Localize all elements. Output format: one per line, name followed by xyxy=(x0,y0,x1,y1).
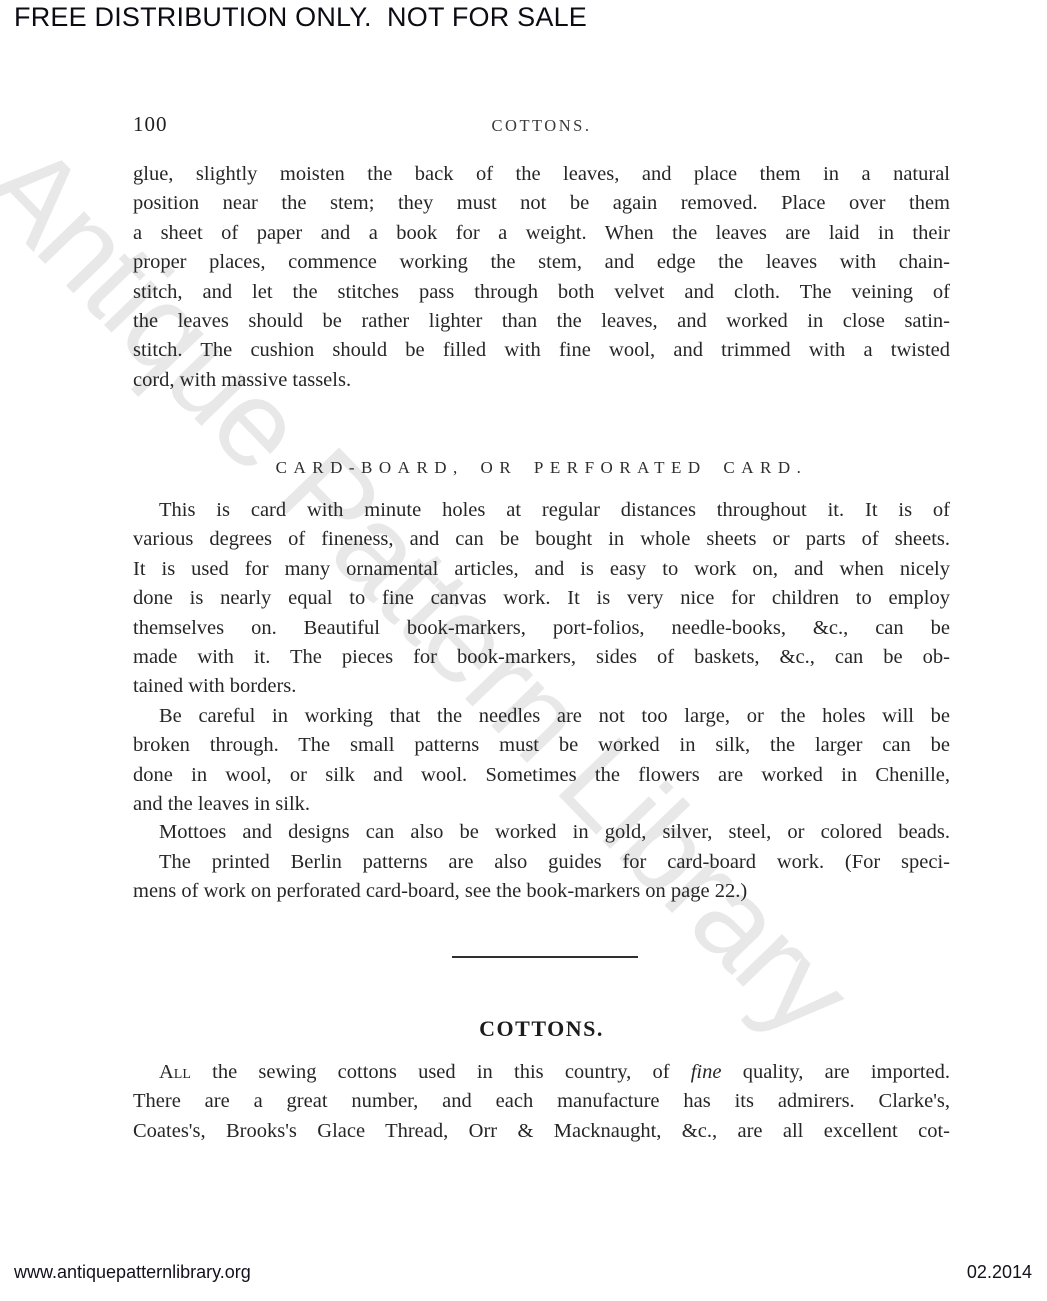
text-line: glue, slightly moisten the back of the l… xyxy=(133,160,950,189)
smallcaps-word: All xyxy=(159,1061,191,1083)
section-heading-cardboard: CARD-BOARD, OR PERFORATED CARD. xyxy=(133,458,950,478)
footer-url: www.antiquepatternlibrary.org xyxy=(14,1262,251,1283)
paragraph-cardboard-intro: This is card with minute holes at regula… xyxy=(133,496,950,702)
text-line: the leaves should be rather lighter than… xyxy=(133,307,950,336)
text-segment: the sewing cottons used in this country,… xyxy=(191,1061,691,1083)
text-line: There are a great number, and each manuf… xyxy=(133,1087,950,1116)
paragraph-continuation-glue: glue, slightly moisten the back of the l… xyxy=(133,160,950,395)
text-line: cord, with massive tassels. xyxy=(133,366,950,395)
page-header: 100 COTTONS. xyxy=(133,112,950,142)
running-header-title: COTTONS. xyxy=(133,116,950,136)
text-line: various degrees of fineness, and can be … xyxy=(133,525,950,554)
text-line: done in wool, or silk and wool. Sometime… xyxy=(133,761,950,790)
section-heading-cottons: COTTONS. xyxy=(133,1016,950,1042)
text-line: Be careful in working that the needles a… xyxy=(133,702,950,731)
text-line: a sheet of paper and a book for a weight… xyxy=(133,219,950,248)
page-footer: www.antiquepatternlibrary.org 02.2014 xyxy=(14,1262,1032,1283)
paragraph-mottoes: Mottoes and designs can also be worked i… xyxy=(133,818,950,847)
text-line: tained with borders. xyxy=(133,672,950,701)
text-line: stitch, and let the stitches pass throug… xyxy=(133,278,950,307)
text-line: broken through. The small patterns must … xyxy=(133,731,950,760)
paragraph-cottons-intro: All the sewing cottons used in this coun… xyxy=(133,1058,950,1146)
text-line: and the leaves in silk. xyxy=(133,790,950,819)
text-line: position near the stem; they must not be… xyxy=(133,189,950,218)
distribution-banner: FREE DISTRIBUTION ONLY. NOT FOR SALE xyxy=(14,2,587,33)
text-line: It is used for many ornamental articles,… xyxy=(133,555,950,584)
text-line: Mottoes and designs can also be worked i… xyxy=(133,818,950,847)
text-line: made with it. The pieces for book-marker… xyxy=(133,643,950,672)
text-line: The printed Berlin patterns are also gui… xyxy=(133,848,950,877)
text-line: done is nearly equal to fine canvas work… xyxy=(133,584,950,613)
italic-word: fine xyxy=(691,1061,722,1083)
footer-date: 02.2014 xyxy=(967,1262,1032,1283)
text-line: themselves on. Beautiful book-markers, p… xyxy=(133,614,950,643)
text-line: This is card with minute holes at regula… xyxy=(133,496,950,525)
text-line: mens of work on perforated card-board, s… xyxy=(133,877,950,906)
section-divider-rule xyxy=(452,956,638,958)
text-line: Coates's, Brooks's Glace Thread, Orr & M… xyxy=(133,1117,950,1146)
text-segment: quality, are imported. xyxy=(721,1061,950,1083)
text-line: All the sewing cottons used in this coun… xyxy=(133,1058,950,1087)
paragraph-berlin-patterns: The printed Berlin patterns are also gui… xyxy=(133,848,950,907)
text-line: proper places, commence working the stem… xyxy=(133,248,950,277)
paragraph-be-careful: Be careful in working that the needles a… xyxy=(133,702,950,820)
text-line: stitch. The cushion should be filled wit… xyxy=(133,336,950,365)
